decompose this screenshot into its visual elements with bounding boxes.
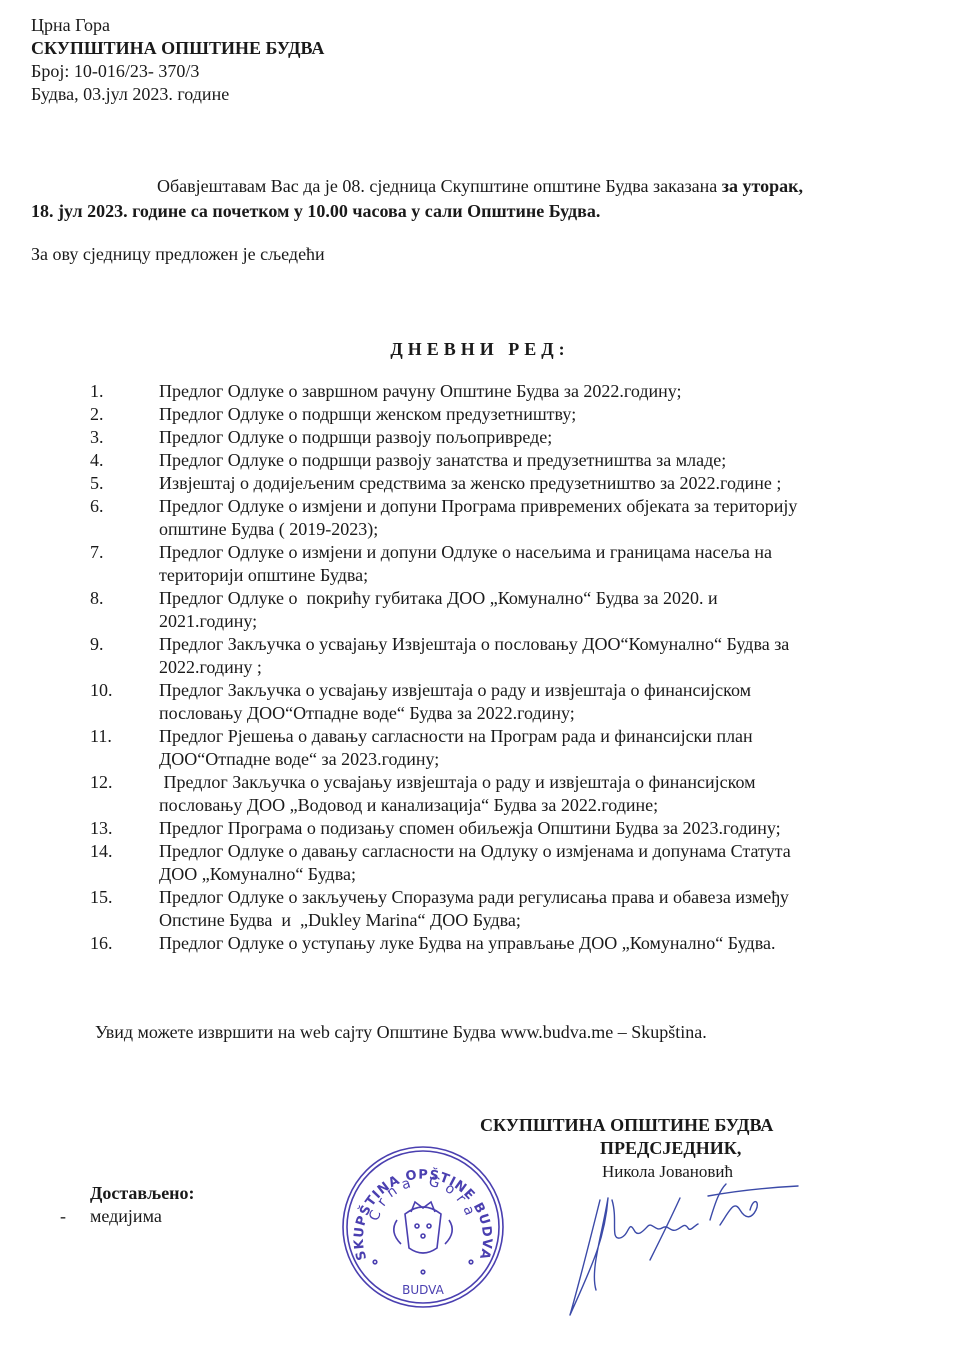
footer-note: Увид можете извршити на web сајту Општин… [95, 1022, 707, 1043]
agenda-item-text: Предлог Одлуке о измјени и допуни Програ… [159, 495, 890, 541]
agenda-item: 13.Предлог Програма о подизању спомен об… [90, 817, 890, 840]
agenda-item-number: 8. [90, 587, 159, 633]
agenda-item-number: 2. [90, 403, 159, 426]
agenda-item-number: 1. [90, 380, 159, 403]
intro-text: Обавјештавам Вас да је 08. сједница Скуп… [157, 176, 722, 196]
agenda-item-text: Предлог Одлуке о измјени и допуни Одлуке… [159, 541, 890, 587]
lead-text: За ову сједницу предложен је сљедећи [31, 244, 325, 265]
document-header: Црна Гора СКУПШТИНА ОПШТИНЕ БУДВА Број: … [31, 14, 324, 106]
agenda-item: 6.Предлог Одлуке о измјени и допуни Прог… [90, 495, 890, 541]
bullet-dash: - [60, 1205, 66, 1228]
agenda-item: 4.Предлог Одлуке о подршци развоју занат… [90, 449, 890, 472]
agenda-item: 11.Предлог Рјешења о давању сагласности … [90, 725, 890, 771]
agenda-item-text: Предлог Рјешења о давању сагласности на … [159, 725, 890, 771]
agenda-item-text: Предлог Одлуке о завршном рачуну Општине… [159, 380, 890, 403]
agenda-item: 8.Предлог Одлуке о покрићу губитака ДОО … [90, 587, 890, 633]
agenda-item-text: Предлог Одлуке о подршци развоју занатст… [159, 449, 890, 472]
place-date: Будва, 03.јул 2023. године [31, 83, 324, 106]
agenda-item-number: 14. [90, 840, 159, 886]
agenda-item: 5.Извјештај о додијељеним средствима за … [90, 472, 890, 495]
agenda-item-text: Предлог Закључка о усвајању извјештаја о… [159, 679, 890, 725]
document-number: Број: 10-016/23- 370/3 [31, 60, 324, 83]
signature-title: ПРЕДСЈЕДНИК, [480, 1137, 773, 1160]
agenda-item: 9.Предлог Закључка о усвајању Извјештаја… [90, 633, 890, 679]
agenda-item-text: Предлог Одлуке о подршци развоју пољопри… [159, 426, 890, 449]
agenda-item: 7.Предлог Одлуке о измјени и допуни Одлу… [90, 541, 890, 587]
agenda-item-number: 9. [90, 633, 159, 679]
agenda-item-text: Предлог Одлуке о уступању луке Будва на … [159, 932, 890, 955]
agenda-item-number: 10. [90, 679, 159, 725]
agenda-item-number: 16. [90, 932, 159, 955]
agenda-item-number: 7. [90, 541, 159, 587]
agenda-item-number: 13. [90, 817, 159, 840]
agenda-item-number: 11. [90, 725, 159, 771]
agenda-item: 14.Предлог Одлуке о давању сагласности н… [90, 840, 890, 886]
agenda-item-number: 6. [90, 495, 159, 541]
official-stamp-icon: SKUPŠTINA OPŠTINE BUDVA Crna Gora BUDVA [333, 1142, 513, 1312]
agenda-item: 3.Предлог Одлуке о подршци развоју пољоп… [90, 426, 890, 449]
agenda-item-text: Предлог Одлуке о подршци женском предузе… [159, 403, 890, 426]
intro-bold-1: за уторак, [722, 176, 803, 196]
delivered-block: Достављено: - медијима [90, 1182, 195, 1228]
handwritten-signature-icon [560, 1180, 800, 1320]
signature-institution: СКУПШТИНА ОПШТИНЕ БУДВА [480, 1114, 773, 1137]
agenda-item: 1.Предлог Одлуке о завршном рачуну Општи… [90, 380, 890, 403]
institution-name: СКУПШТИНА ОПШТИНЕ БУДВА [31, 37, 324, 60]
agenda-item: 15.Предлог Одлуке о закључењу Споразума … [90, 886, 890, 932]
agenda-item-text: Предлог Одлуке о закључењу Споразума рад… [159, 886, 890, 932]
agenda-item-number: 15. [90, 886, 159, 932]
agenda-item: 10.Предлог Закључка о усвајању извјештај… [90, 679, 890, 725]
agenda-item-number: 4. [90, 449, 159, 472]
agenda-title: ДНЕВНИ РЕД: [0, 339, 960, 360]
agenda-item: 16.Предлог Одлуке о уступању луке Будва … [90, 932, 890, 955]
agenda-item-text: Предлог Закључка о усвајању извјештаја о… [159, 771, 890, 817]
agenda-item-number: 5. [90, 472, 159, 495]
agenda-item: 12. Предлог Закључка о усвајању извјешта… [90, 771, 890, 817]
agenda-item-text: Предлог Закључка о усвајању Извјештаја о… [159, 633, 890, 679]
agenda-list: 1.Предлог Одлуке о завршном рачуну Општи… [90, 380, 890, 955]
intro-bold-2: 18. јул 2023. године са почетком у 10.00… [31, 201, 600, 221]
agenda-item-text: Предлог Програма о подизању спомен обиље… [159, 817, 890, 840]
agenda-item: 2.Предлог Одлуке о подршци женском преду… [90, 403, 890, 426]
delivered-title: Достављено: [90, 1182, 195, 1205]
agenda-item-text: Предлог Одлуке о давању сагласности на О… [159, 840, 890, 886]
intro-paragraph: Обавјештавам Вас да је 08. сједница Скуп… [31, 174, 931, 224]
country-name: Црна Гора [31, 14, 324, 37]
agenda-item-number: 3. [90, 426, 159, 449]
signature-block: СКУПШТИНА ОПШТИНЕ БУДВА ПРЕДСЈЕДНИК, Ник… [480, 1114, 773, 1183]
delivered-recipient: медијима [90, 1206, 162, 1226]
agenda-item-text: Предлог Одлуке о покрићу губитака ДОО „К… [159, 587, 890, 633]
agenda-item-number: 12. [90, 771, 159, 817]
svg-text:BUDVA: BUDVA [402, 1283, 444, 1297]
agenda-item-text: Извјештај о додијељеним средствима за же… [159, 472, 890, 495]
